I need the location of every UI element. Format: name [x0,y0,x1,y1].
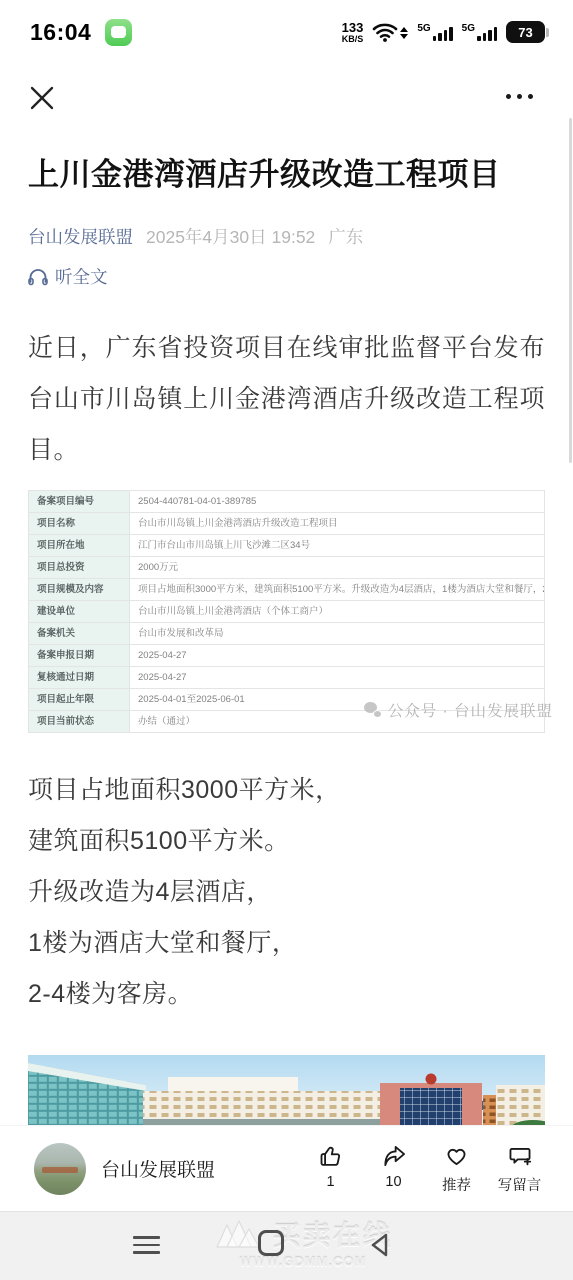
project-info-table-wrap: 备案项目编号2504-440781-04-01-389785 项目名称台山市川岛… [28,490,545,733]
byline: 台山发展联盟 2025年4月30日 19:52 广东 [28,224,545,249]
table-row-value: 2025-04-27 [130,645,545,667]
table-row: 项目规模及内容项目占地面积3000平方米，建筑面积5100平方米。升级改造为4层… [29,579,545,601]
hotel-building-photo[interactable] [28,1055,545,1133]
more-menu-icon[interactable] [506,94,533,99]
table-row: 项目名称台山市川岛镇上川金港湾酒店升级改造工程项目 [29,513,545,535]
table-row-value: 办结（通过） [130,711,545,733]
bottom-action-bar: 台山发展联盟 1 10 推荐 [0,1125,573,1211]
table-row-label: 项目规模及内容 [29,579,130,601]
table-row-value: 项目占地面积3000平方米，建筑面积5100平方米。升级改造为4层酒店，1楼为酒… [130,579,545,601]
table-row-label: 备案项目编号 [29,491,130,513]
table-row-value: 台山市发展和改革局 [130,623,545,645]
headphones-icon [28,267,48,286]
clock: 16:04 [30,19,91,46]
table-row-label: 复核通过日期 [29,667,130,689]
comment-plus-icon [506,1143,534,1169]
table-row-label: 项目起止年限 [29,689,130,711]
paragraph: 1楼为酒店大堂和餐厅， [28,926,545,960]
signal-type-label-1: 5G [417,23,430,34]
building-photo-art [28,1055,545,1133]
write-comment-button[interactable]: 写留言 [488,1143,551,1195]
table-row-label: 备案机关 [29,623,130,645]
publish-date: 2025年4月30日 19:52 [146,224,315,249]
table-row-label: 项目当前状态 [29,711,130,733]
wifi-updown-arrows [400,27,408,42]
home-icon[interactable] [258,1230,284,1256]
table-row-label: 项目所在地 [29,535,130,557]
thumbs-up-icon [317,1143,344,1169]
table-row-value: 台山市川岛镇上川金港湾酒店升级改造工程项目 [130,513,545,535]
paragraph: 升级改造为4层酒店， [28,875,545,909]
network-speed-indicator: 133 KB/S [342,21,364,44]
share-count: 10 [385,1174,401,1190]
table-row-value: 2504-440781-04-01-389785 [130,491,545,513]
system-nav-bar: 买卖在线 WWW.GDMM.COM [0,1211,573,1280]
table-row: 项目所在地江门市台山市川岛镇上川飞沙滩二区34号 [29,535,545,557]
article-body: 上川金港湾酒店升级改造工程项目 台山发展联盟 2025年4月30日 19:52 … [0,152,573,1133]
paragraph: 项目占地面积3000平方米， [28,773,545,807]
share-arrow-icon [380,1143,408,1169]
paragraph: 2-4楼为客房。 [28,977,545,1011]
project-info-table: 备案项目编号2504-440781-04-01-389785 项目名称台山市川岛… [28,490,545,733]
cellular-signal-icon-1: 5G [417,23,452,41]
back-icon[interactable] [368,1232,392,1263]
wifi-icon [372,22,408,42]
table-row-label: 备案申报日期 [29,645,130,667]
table-row-value: 2000万元 [130,557,545,579]
recents-menu-icon[interactable] [133,1236,160,1254]
status-bar: 16:04 133 KB/S 5G 5G [0,0,573,58]
battery-percent: 73 [506,21,545,43]
account-name[interactable]: 台山发展联盟 [101,1155,299,1182]
scrollbar[interactable] [569,118,572,463]
table-row: 项目总投资2000万元 [29,557,545,579]
paragraph: 建筑面积5100平方米。 [28,824,545,858]
table-row: 项目当前状态办结（通过） [29,711,545,733]
recommend-label: 推荐 [442,1174,471,1195]
table-row: 建设单位台山市川岛镇上川金港湾酒店（个体工商户） [29,601,545,623]
signal-type-label-2: 5G [462,23,475,34]
table-row: 备案机关台山市发展和改革局 [29,623,545,645]
cellular-signal-icon-2: 5G [462,23,497,41]
author-link[interactable]: 台山发展联盟 [28,224,133,249]
body-paragraphs: 项目占地面积3000平方米， 建筑面积5100平方米。 升级改造为4层酒店， 1… [28,773,545,1011]
messages-app-icon [105,19,132,46]
table-row: 复核通过日期2025-04-27 [29,667,545,689]
publish-location: 广东 [328,224,363,249]
like-count: 1 [326,1174,334,1190]
network-speed-unit: KB/S [342,35,364,44]
page-title: 上川金港湾酒店升级改造工程项目 [28,152,545,198]
table-row-label: 项目总投资 [29,557,130,579]
listen-label: 听全文 [55,264,108,289]
table-row-value: 2025-04-27 [130,667,545,689]
table-row-label: 项目名称 [29,513,130,535]
comment-label: 写留言 [498,1174,542,1195]
battery-icon: 73 [506,21,549,43]
account-avatar[interactable] [34,1143,86,1195]
table-row: 备案申报日期2025-04-27 [29,645,545,667]
recommend-button[interactable]: 推荐 [425,1143,488,1195]
like-button[interactable]: 1 [299,1143,362,1190]
table-row: 备案项目编号2504-440781-04-01-389785 [29,491,545,513]
paragraph: 近日，广东省投资项目在线审批监督平台发布台山市川岛镇上川金港湾酒店升级改造工程项… [28,323,545,476]
listen-to-article-button[interactable]: 听全文 [28,264,545,289]
table-row-value: 台山市川岛镇上川金港湾酒店（个体工商户） [130,601,545,623]
network-speed-value: 133 [342,21,364,34]
phone-screen: 16:04 133 KB/S 5G 5G [0,0,573,1280]
table-row-value: 2025-04-01至2025-06-01 [130,689,545,711]
share-button[interactable]: 10 [362,1143,425,1190]
table-row-value: 江门市台山市川岛镇上川飞沙滩二区34号 [130,535,545,557]
close-icon[interactable] [28,84,56,112]
heart-icon [443,1143,470,1169]
table-row-label: 建设单位 [29,601,130,623]
table-row: 项目起止年限2025-04-01至2025-06-01 [29,689,545,711]
article-header [0,58,573,140]
